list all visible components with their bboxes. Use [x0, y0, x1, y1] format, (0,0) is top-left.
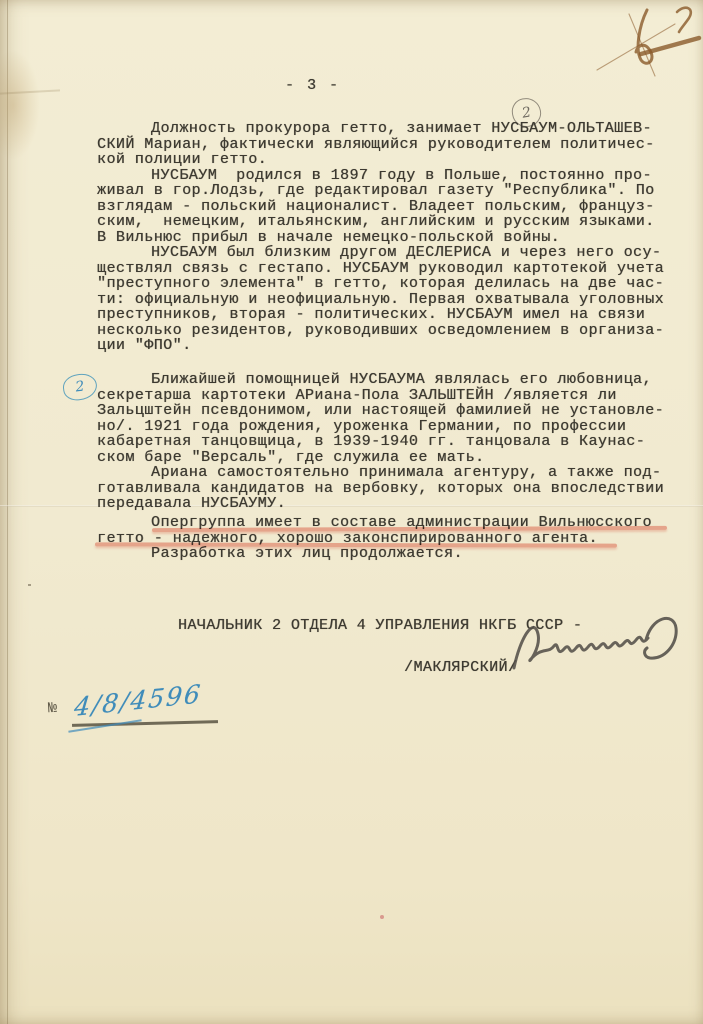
ink-speck: [28, 584, 31, 586]
registration-number-value: 4/8/4596: [73, 679, 204, 722]
text-line: Ариана самостоятельно принимала агентуру…: [97, 465, 682, 481]
text-line: НУСБАУМ был близким другом ДЕСЛЕРИСА и ч…: [97, 245, 682, 261]
handwritten-signature-icon: [498, 598, 698, 693]
text-line: Ближайшей помощницей НУСБАУМА являлась е…: [97, 372, 682, 388]
underline-stroke: [72, 720, 218, 726]
number-sign: №: [48, 700, 58, 717]
page-number: - 3 -: [285, 77, 340, 94]
text-line: передавала НУСБАУМУ.: [97, 496, 682, 512]
text-line: живал в гор.Лодзь, где редактировал газе…: [97, 183, 682, 199]
text-line: Должность прокурора гетто, занимает НУСБ…: [97, 121, 682, 137]
paragraph: Опергруппа имеет в составе администрации…: [97, 515, 682, 562]
body-text-block-3: Опергруппа имеет в составе администрации…: [97, 515, 682, 562]
blue-circled-annotation: 2: [62, 372, 99, 402]
text-line: ции "ФПО".: [97, 338, 682, 354]
text-line: кабаретная танцовщица, в 1939-1940 гг. т…: [97, 434, 682, 450]
ink-speck: [380, 915, 384, 919]
text-line: ти: официальную и неофициальную. Первая …: [97, 292, 682, 308]
body-text-block-1: Должность прокурора гетто, занимает НУСБ…: [97, 121, 682, 354]
paragraph: НУСБАУМ был близким другом ДЕСЛЕРИСА и ч…: [97, 245, 682, 354]
text-line: "преступного элемента" в гетто, которая …: [97, 276, 682, 292]
red-underline-mark: [95, 542, 617, 547]
text-line: В Вильнюс прибыл в начале немецко-польск…: [97, 230, 682, 246]
body-text-block-2: Ближайшей помощницей НУСБАУМА являлась е…: [97, 372, 682, 512]
text-line: ским, немецким, итальянским, английским …: [97, 214, 682, 230]
text-line: несколько резидентов, руководивших освед…: [97, 323, 682, 339]
registration-number: № 4/8/4596: [46, 686, 266, 736]
paragraph: Ариана самостоятельно принимала агентуру…: [97, 465, 682, 512]
text-line: ществлял связь с гестапо. НУСБАУМ руково…: [97, 261, 682, 277]
text-line: кой полиции гетто.: [97, 152, 682, 168]
text-line: Зальцштейн псевдонимом, или настоящей фа…: [97, 403, 682, 419]
text-line: взглядам - польский националист. Владеет…: [97, 199, 682, 215]
paragraph: Ближайшей помощницей НУСБАУМА являлась е…: [97, 372, 682, 465]
paper-stain: [0, 50, 40, 160]
text-line: преступников, вторая - политических. НУС…: [97, 307, 682, 323]
text-line: НУСБАУМ родился в 1897 году в Польше, по…: [97, 168, 682, 184]
blue-circled-number: 2: [75, 379, 86, 396]
text-line: секретарша картотеки АРиана-Пола ЗАЛЬШТЕ…: [97, 388, 682, 404]
paragraph: Должность прокурора гетто, занимает НУСБ…: [97, 121, 682, 168]
text-line: но/. 1921 года рождения, уроженка Герман…: [97, 419, 682, 435]
handwritten-corner-mark-icon: [595, 2, 703, 82]
text-line: Разработка этих лиц продолжается.: [97, 546, 682, 562]
text-line: ском баре "Версаль", где служила ее мать…: [97, 450, 682, 466]
pencil-circled-number: 2: [521, 104, 533, 121]
scanned-document-page: - 3 - 2 2 Должность прокурора гетто, зан…: [0, 0, 703, 1024]
text-line: готавливала кандидатов на вербовку, кото…: [97, 481, 682, 497]
paragraph: НУСБАУМ родился в 1897 году в Польше, по…: [97, 168, 682, 246]
text-line: СКИЙ Мариан, фактически являющийся руков…: [97, 137, 682, 153]
